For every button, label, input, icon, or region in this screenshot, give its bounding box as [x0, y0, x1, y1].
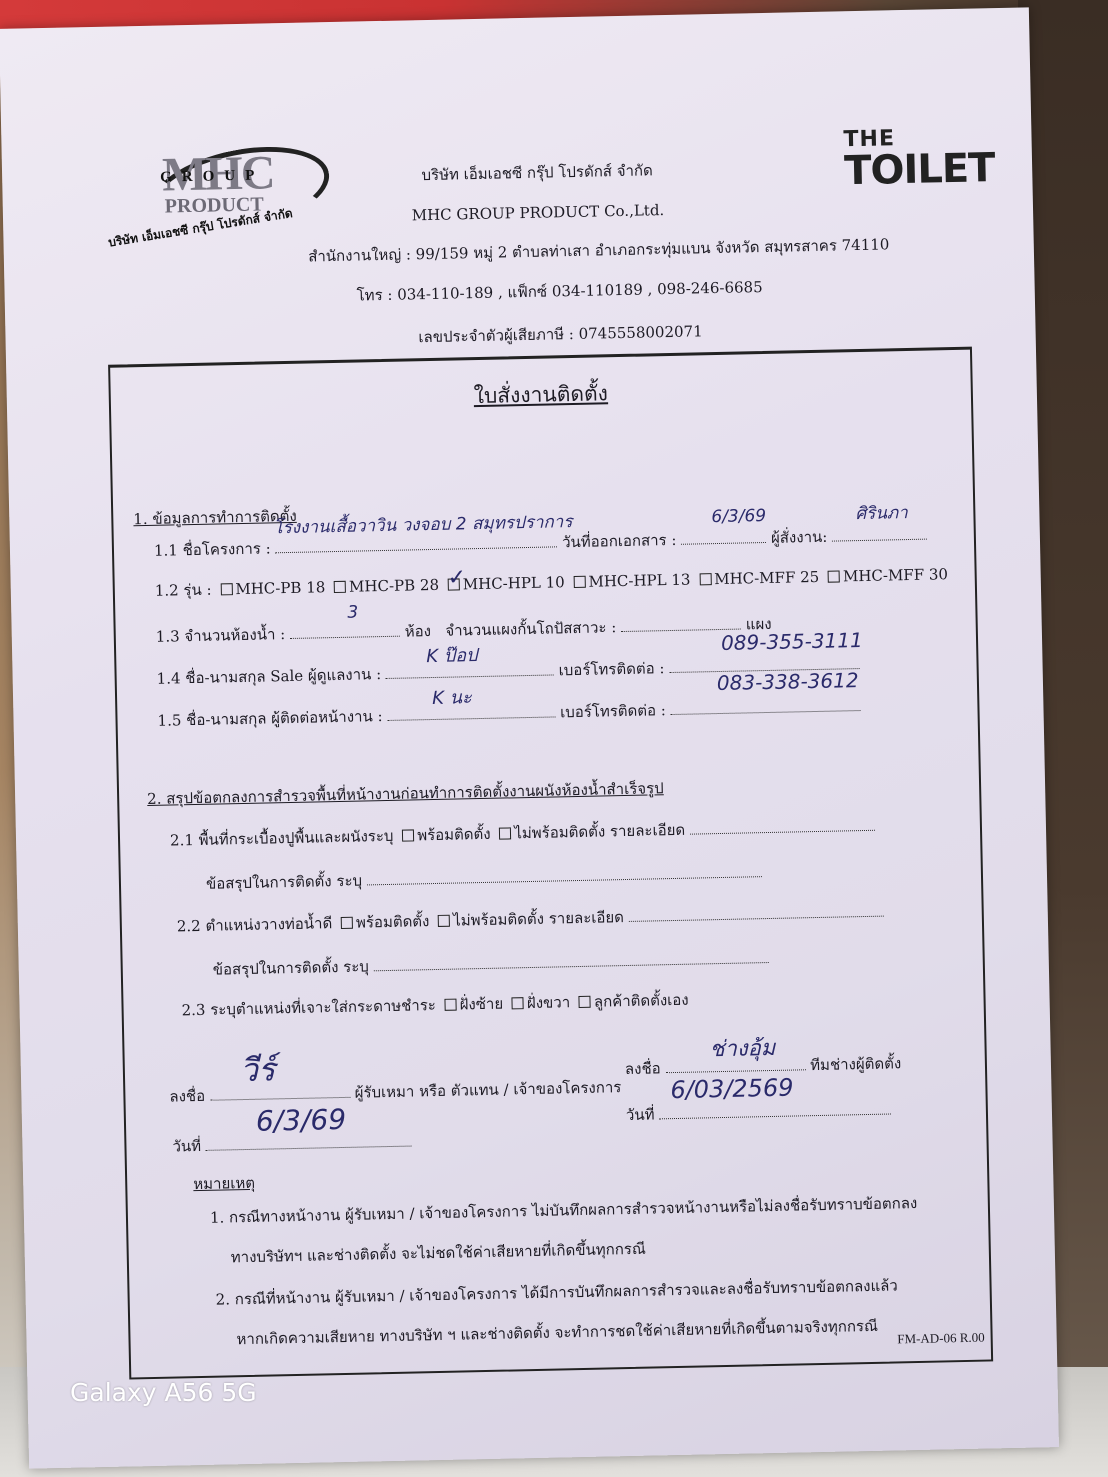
contact-phone-value: 083-338-3612	[717, 668, 859, 695]
sale-phone-value: 089-355-3111	[721, 628, 863, 655]
form-code: FM-AD-06 R.00	[897, 1330, 985, 1348]
sale-name-value: K ป๊อป	[426, 640, 478, 670]
tissue-self-checkbox[interactable]	[579, 996, 591, 1008]
pipe-label: 2.2 ตำแหน่งวางท่อน้ำดี	[177, 914, 333, 935]
contractor-sign-row: ลงชื่อ ผู้รับเหมา หรือ ตัวแทน / เจ้าของโ…	[169, 1075, 621, 1108]
contact-phone-label: เบอร์โทรติดต่อ :	[560, 701, 666, 721]
contractor-date-label: วันที่	[172, 1137, 201, 1156]
pipe-not-ready-checkbox[interactable]	[438, 915, 450, 927]
tissue-label: 2.3 ระบุตำแหน่งที่เจาะใส่กระดาษชำระ	[181, 996, 436, 1019]
urinal-field[interactable]	[621, 615, 741, 633]
installer-sign-label: ลงชื่อ	[625, 1059, 661, 1078]
camera-watermark: Galaxy A56 5G	[70, 1378, 257, 1407]
floor-summary-label: ข้อสรุปในการติดตั้ง ระบุ	[206, 872, 362, 893]
contact-row: 1.5 ชื่อ-นามสกุล ผู้ติดต่อหน้างาน : เบอร…	[157, 694, 861, 733]
tissue-right-label: ฝั่งขวา	[527, 993, 571, 1012]
model-checkbox[interactable]	[448, 578, 460, 590]
installer-signature: ช่างอุ้ม	[709, 1030, 775, 1066]
floor-tile-row: 2.1 พื้นที่กระเบื้องปูพื้นและผนังระบุ พร…	[170, 814, 875, 853]
pipe-detail-field[interactable]	[628, 902, 883, 922]
pipe-summary-row: ข้อสรุปในการติดตั้ง ระบุ	[213, 946, 769, 982]
issue-date-label: วันที่ออกเอกสาร :	[562, 531, 677, 551]
issue-date-field[interactable]	[681, 528, 766, 545]
rooms-field[interactable]	[290, 622, 400, 639]
work-order-paper: MHC GROUP PRODUCT บริษัท เอ็มเอชซี กรุ๊ป…	[0, 7, 1059, 1468]
mhc-logo: MHC GROUP PRODUCT บริษัท เอ็มเอชซี กรุ๊ป…	[112, 142, 334, 257]
urinal-label: จำนวนแผงกั้นโถปัสสาวะ :	[445, 618, 616, 640]
contractor-date-value: 6/3/69	[256, 1103, 347, 1138]
ordered-by-value: ศิรินภา	[855, 499, 908, 527]
note-2b: หากเกิดความเสียหาย ทางบริษัท ฯ และช่างติ…	[236, 1314, 878, 1351]
model-checkbox[interactable]	[573, 576, 585, 588]
floor-summary-field[interactable]	[367, 862, 762, 885]
section2-heading: 2. สรุปข้อตกลงการสำรวจพื้นที่หน้างานก่อน…	[147, 776, 664, 811]
floor-detail-field[interactable]	[690, 816, 875, 835]
note-1b: ทางบริษัทฯ และช่างติดตั้ง จะไม่ชดใช้ค่าเ…	[231, 1237, 646, 1270]
rooms-unit: ห้อง	[405, 622, 432, 641]
contact-label: 1.5 ชื่อ-นามสกุล ผู้ติดต่อหน้างาน :	[157, 707, 382, 730]
contact-name-value: K นะ	[432, 682, 472, 712]
note-1a: 1. กรณีทางหน้างาน ผู้รับเหมา / เจ้าของโค…	[210, 1191, 918, 1230]
model-options: MHC-PB 18 MHC-PB 28 MHC-HPL 10 MHC-HPL 1…	[216, 565, 948, 598]
contractor-role: ผู้รับเหมา หรือ ตัวแทน / เจ้าของโครงการ	[354, 1078, 621, 1102]
installer-date-label: วันที่	[626, 1105, 655, 1124]
model-option-label: MHC-PB 18	[235, 578, 330, 598]
floor-not-ready-checkbox[interactable]	[499, 827, 511, 839]
model-option-label: MHC-MFF 30	[843, 565, 948, 585]
model-option-label: MHC-HPL 13	[588, 570, 695, 590]
floor-summary-row: ข้อสรุปในการติดตั้ง ระบุ	[206, 860, 762, 896]
company-contact: โทร : 034-110-189 , แฟ็กซ์ 034-110189 , …	[45, 268, 1075, 314]
pipe-not-ready-label: ไม่พร้อมติดตั้ง	[453, 910, 544, 930]
notes-heading: หมายเหตุ	[193, 1171, 255, 1196]
model-option-label: MHC-MFF 25	[714, 568, 824, 588]
tissue-row: 2.3 ระบุตำแหน่งที่เจาะใส่กระดาษชำระ ฝั่ง…	[181, 988, 689, 1023]
floor-ready-checkbox[interactable]	[402, 829, 414, 841]
rooms-value: 3	[347, 603, 358, 623]
rooms-label: 1.3 จำนวนห้องน้ำ :	[156, 625, 286, 646]
ordered-by-label: ผู้สั่งงาน:	[771, 528, 828, 547]
note-2a: 2. กรณีที่หน้างาน ผู้รับเหมา / เจ้าของโค…	[215, 1273, 898, 1311]
sale-label: 1.4 ชื่อ-นามสกุล Sale ผู้ดูแลงาน :	[156, 665, 381, 688]
model-checkbox[interactable]	[220, 583, 232, 595]
contractor-sign-label: ลงชื่อ	[169, 1087, 205, 1106]
pipe-detail-label: รายละเอียด	[549, 908, 625, 928]
floor-tile-label: 2.1 พื้นที่กระเบื้องปูพื้นและผนังระบุ	[170, 827, 394, 850]
installer-date-value: 6/03/2569	[670, 1074, 794, 1105]
model-row: 1.2 รุ่น : MHC-PB 18 MHC-PB 28 MHC-HPL 1…	[155, 562, 949, 603]
contractor-signature-field[interactable]	[210, 1083, 350, 1101]
pipe-ready-label: พร้อมติดตั้ง	[356, 912, 430, 932]
pipe-ready-checkbox[interactable]	[341, 917, 353, 929]
tissue-self-label: ลูกค้าติดตั้งเอง	[594, 991, 689, 1011]
model-label: 1.2 รุ่น :	[155, 581, 212, 600]
floor-not-ready-label: ไม่พร้อมติดตั้ง	[514, 822, 605, 842]
model-checkbox[interactable]	[334, 581, 346, 593]
contact-phone-field[interactable]	[670, 696, 860, 715]
pipe-summary-label: ข้อสรุปในการติดตั้ง ระบุ	[213, 957, 369, 978]
model-option-label: MHC-HPL 10	[463, 573, 570, 593]
form-title: ใบสั่งงานติดตั้ง	[111, 370, 972, 421]
installer-role: ทีมช่างผู้ติดตั้ง	[810, 1054, 901, 1074]
tissue-left-checkbox[interactable]	[445, 999, 457, 1011]
floor-ready-label: พร้อมติดตั้ง	[417, 825, 491, 845]
ordered-by-field[interactable]	[832, 525, 927, 542]
model-checkbox[interactable]	[699, 573, 711, 585]
pipe-summary-field[interactable]	[373, 948, 768, 971]
contractor-signature: วีร์	[239, 1044, 275, 1096]
issue-date-value: 6/3/69	[711, 506, 766, 527]
sale-phone-label: เบอร์โทรติดต่อ :	[558, 659, 664, 679]
tissue-right-checkbox[interactable]	[512, 997, 524, 1009]
model-option-label: MHC-PB 28	[349, 576, 444, 596]
tissue-left-label: ฝั่งซ้าย	[459, 995, 503, 1014]
form-box: ใบสั่งงานติดตั้ง 1. ข้อมูลการทำการติดตั้…	[108, 347, 993, 1380]
floor-detail-label: รายละเอียด	[610, 821, 686, 841]
model-checkbox[interactable]	[828, 570, 840, 582]
project-label: 1.1 ชื่อโครงการ :	[154, 539, 271, 559]
pipe-row: 2.2 ตำแหน่งวางท่อน้ำดี พร้อมติดตั้ง ไม่พ…	[177, 900, 884, 939]
